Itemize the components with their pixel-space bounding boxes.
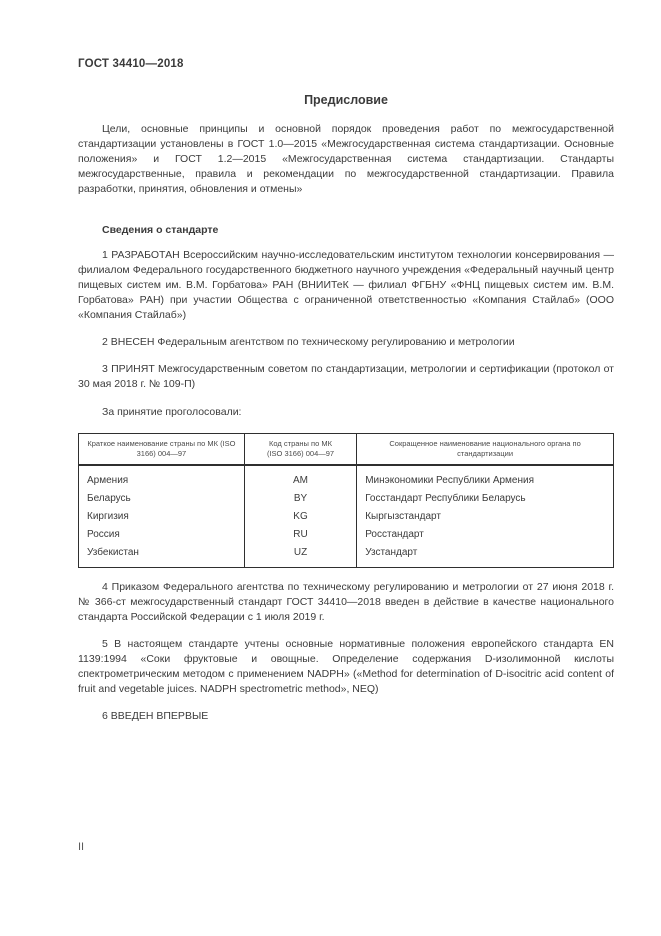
page-content: ГОСТ 34410—2018 Предисловие Цели, основн… [78,0,614,724]
doc-code: ГОСТ 34410—2018 [78,0,614,70]
country-cell: Узбекистан [79,544,245,568]
table-row: Узбекистан UZ Узстандарт [79,544,614,568]
table-row: Киргизия KG Кыргызстандарт [79,508,614,526]
section-heading-standard-info: Сведения о стандарте [78,224,614,236]
code-cell: AM [244,465,356,490]
info-item-european-standard: 5 В настоящем стандарте учтены основные … [78,637,614,697]
table-header-row: Краткое наименование страны по МК (ISO 3… [79,434,614,466]
page-title: Предисловие [78,93,614,107]
info-item-order: 4 Приказом Федерального агентства по тех… [78,580,614,625]
document-page: ГОСТ 34410—2018 Предисловие Цели, основн… [0,0,661,936]
code-cell: BY [244,490,356,508]
body-cell: Минэкономики Республики Армения [357,465,614,490]
country-cell: Киргизия [79,508,245,526]
body-cell: Госстандарт Республики Беларусь [357,490,614,508]
table-row: Армения AM Минэкономики Республики Армен… [79,465,614,490]
info-item-submitted: 2 ВНЕСЕН Федеральным агентством по техни… [78,335,614,350]
info-item-first-introduced: 6 ВВЕДЕН ВПЕРВЫЕ [78,709,614,724]
country-cell: Армения [79,465,245,490]
code-cell: UZ [244,544,356,568]
table-header-code: Код страны по МК (ISO 3166) 004—97 [244,434,356,466]
body-cell: Росстандарт [357,526,614,544]
intro-paragraph: Цели, основные принципы и основной поряд… [78,122,614,197]
info-item-developed: 1 РАЗРАБОТАН Всероссийским научно-исслед… [78,248,614,323]
vote-table: Краткое наименование страны по МК (ISO 3… [78,433,614,568]
table-header-country: Краткое наименование страны по МК (ISO 3… [79,434,245,466]
body-cell: Узстандарт [357,544,614,568]
vote-lead-text: За принятие проголосовали: [78,405,614,420]
country-cell: Россия [79,526,245,544]
table-header-body: Сокращенное наименование национального о… [357,434,614,466]
code-cell: KG [244,508,356,526]
page-number: II [78,841,84,853]
table-row: Россия RU Росстандарт [79,526,614,544]
info-item-adopted: 3 ПРИНЯТ Межгосударственным советом по с… [78,362,614,392]
body-cell: Кыргызстандарт [357,508,614,526]
code-cell: RU [244,526,356,544]
table-row: Беларусь BY Госстандарт Республики Белар… [79,490,614,508]
country-cell: Беларусь [79,490,245,508]
